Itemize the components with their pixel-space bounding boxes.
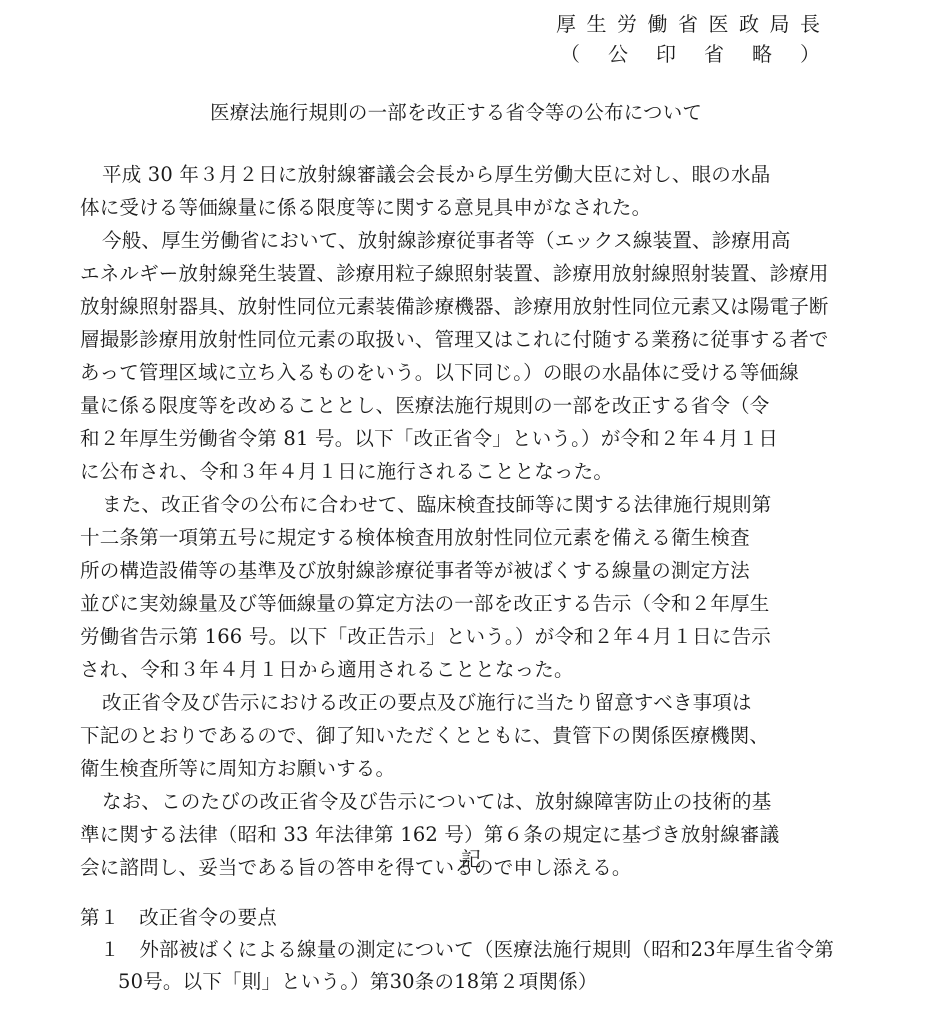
paragraph-line: 十二条第一項第五号に規定する検体検査用放射性同位元素を備える衛生検査: [80, 526, 750, 550]
paragraph-line: 平成 30 年３月２日に放射線審議会会長から厚生労働大臣に対し、眼の水晶: [102, 163, 770, 187]
paragraph-line: 放射線照射器具、放射性同位元素装備診療機器、診療用放射性同位元素又は陽電子断: [80, 295, 829, 319]
ki-heading: 記: [461, 847, 481, 871]
paragraph-line: 会に諮問し、妥当である旨の答申を得ているので申し添える。: [80, 856, 632, 880]
paragraph-line: に公布され、令和３年４月１日に施行されることとなった。: [80, 460, 613, 484]
paragraph-line: 所の構造設備等の基準及び放射線診療従事者等が被ばくする線量の測定方法: [80, 559, 750, 583]
seal-omitted-note: （ 公 印 省 略 ）: [560, 42, 824, 66]
sender-name: 厚生労働省医政局長: [556, 12, 831, 36]
paragraph-line: 量に係る限度等を改めることとし、医療法施行規則の一部を改正する省令（令: [80, 394, 770, 418]
paragraph-line: 層撮影診療用放射性同位元素の取扱い、管理又はこれに付随する業務に従事する者で: [80, 328, 829, 352]
paragraph-line: なお、このたびの改正省令及び告示については、放射線障害防止の技術的基: [102, 790, 771, 814]
paragraph-line: 準に関する法律（昭和 33 年法律第 162 号）第６条の規定に基づき放射線審議: [80, 823, 779, 847]
paragraph-line: 体に受ける等価線量に係る限度等に関する意見具申がなされた。: [80, 196, 651, 220]
paragraph-line: 今般、厚生労働省において、放射線診療従事者等（エックス線装置、診療用高: [102, 229, 791, 253]
paragraph-line: 和２年厚生労働省令第 81 号。以下「改正省令」という。）が令和２年４月１日: [80, 427, 778, 451]
paragraph-line: 下記のとおりであるので、御了知いただくとともに、貴管下の関係医療機関、: [80, 724, 769, 748]
section-item-line: １ 外部被ばくによる線量の測定について（医療法施行規則（昭和23年厚生省令第: [100, 938, 834, 962]
paragraph-line: 改正省令及び告示における改正の要点及び施行に当たり留意すべき事項は: [102, 691, 752, 715]
paragraph-line: 並びに実効線量及び等価線量の算定方法の一部を改正する告示（令和２年厚生: [80, 592, 770, 616]
document-title: 医療法施行規則の一部を改正する省令等の公布について: [210, 101, 702, 125]
paragraph-line: され、令和３年４月１日から適用されることとなった。: [80, 658, 574, 682]
paragraph-line: あって管理区域に立ち入るものをいう。以下同じ。）の眼の水晶体に受ける等価線: [80, 361, 799, 385]
section-item-line: 50号。以下「則」という。）第30条の18第２項関係）: [118, 970, 598, 994]
paragraph-line: 労働省告示第 166 号。以下「改正告示」という。）が令和２年４月１日に告示: [80, 625, 771, 649]
document-page: 厚生労働省医政局長 （ 公 印 省 略 ） 医療法施行規則の一部を改正する省令等…: [0, 0, 940, 1024]
paragraph-line: また、改正省令の公布に合わせて、臨床検査技師等に関する法律施行規則第: [102, 493, 771, 517]
section-heading: 第１ 改正省令の要点: [80, 906, 277, 930]
paragraph-line: 衛生検査所等に周知方お願いする。: [80, 757, 395, 781]
paragraph-line: エネルギー放射線発生装置、診療用粒子線照射装置、診療用放射線照射装置、診療用: [80, 262, 829, 286]
